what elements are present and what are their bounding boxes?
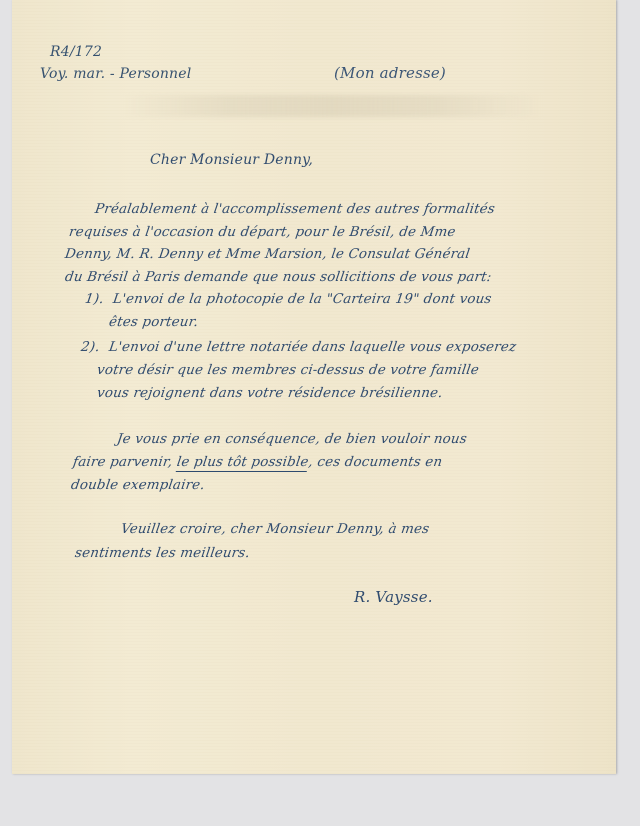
address-note: (Mon adresse): [334, 64, 446, 82]
subject-line: Voy. mar. - Personnel: [40, 66, 191, 82]
paragraph-line: faire parvenir, le plus tôt possible, ce…: [72, 455, 443, 470]
list-item-line: êtes porteur.: [108, 315, 199, 330]
salutation: Cher Monsieur Denny,: [150, 152, 313, 168]
closing-line: sentiments les meilleurs.: [74, 546, 251, 561]
list-marker: 2).: [80, 340, 101, 355]
list-item-line: L'envoi de la photocopie de la "Carteira…: [112, 292, 493, 307]
letterhead-bleed-through: [122, 95, 542, 117]
list-marker: 1).: [84, 292, 105, 307]
line-text: faire parvenir,: [72, 455, 173, 470]
list-item-line: vous rejoignent dans votre résidence bré…: [96, 386, 444, 401]
closing-line: Veuillez croire, cher Monsieur Denny, à …: [120, 522, 430, 537]
list-item-line: L'envoi d'une lettre notariée dans laque…: [108, 340, 517, 355]
line-text: , ces documents en: [307, 455, 443, 470]
paragraph-line: double exemplaire.: [70, 478, 206, 493]
letter-page: R4/172 Voy. mar. - Personnel (Mon adress…: [12, 0, 616, 774]
paragraph-line: Préalablement à l'accomplissement des au…: [94, 202, 496, 217]
paragraph-line: Denny, M. R. Denny et Mme Marsion, le Co…: [64, 247, 471, 262]
paragraph-line: du Brésil à Paris demande que nous solli…: [64, 270, 492, 285]
underlined-emphasis: le plus tôt possible: [176, 455, 310, 472]
paragraph-line: Je vous prie en conséquence, de bien vou…: [116, 432, 468, 447]
paragraph-line: requises à l'occasion du départ, pour le…: [68, 225, 457, 240]
list-item-line: votre désir que les membres ci-dessus de…: [96, 363, 480, 378]
reference-number: R4/172: [50, 44, 102, 60]
signature: R. Vaysse.: [354, 588, 433, 606]
